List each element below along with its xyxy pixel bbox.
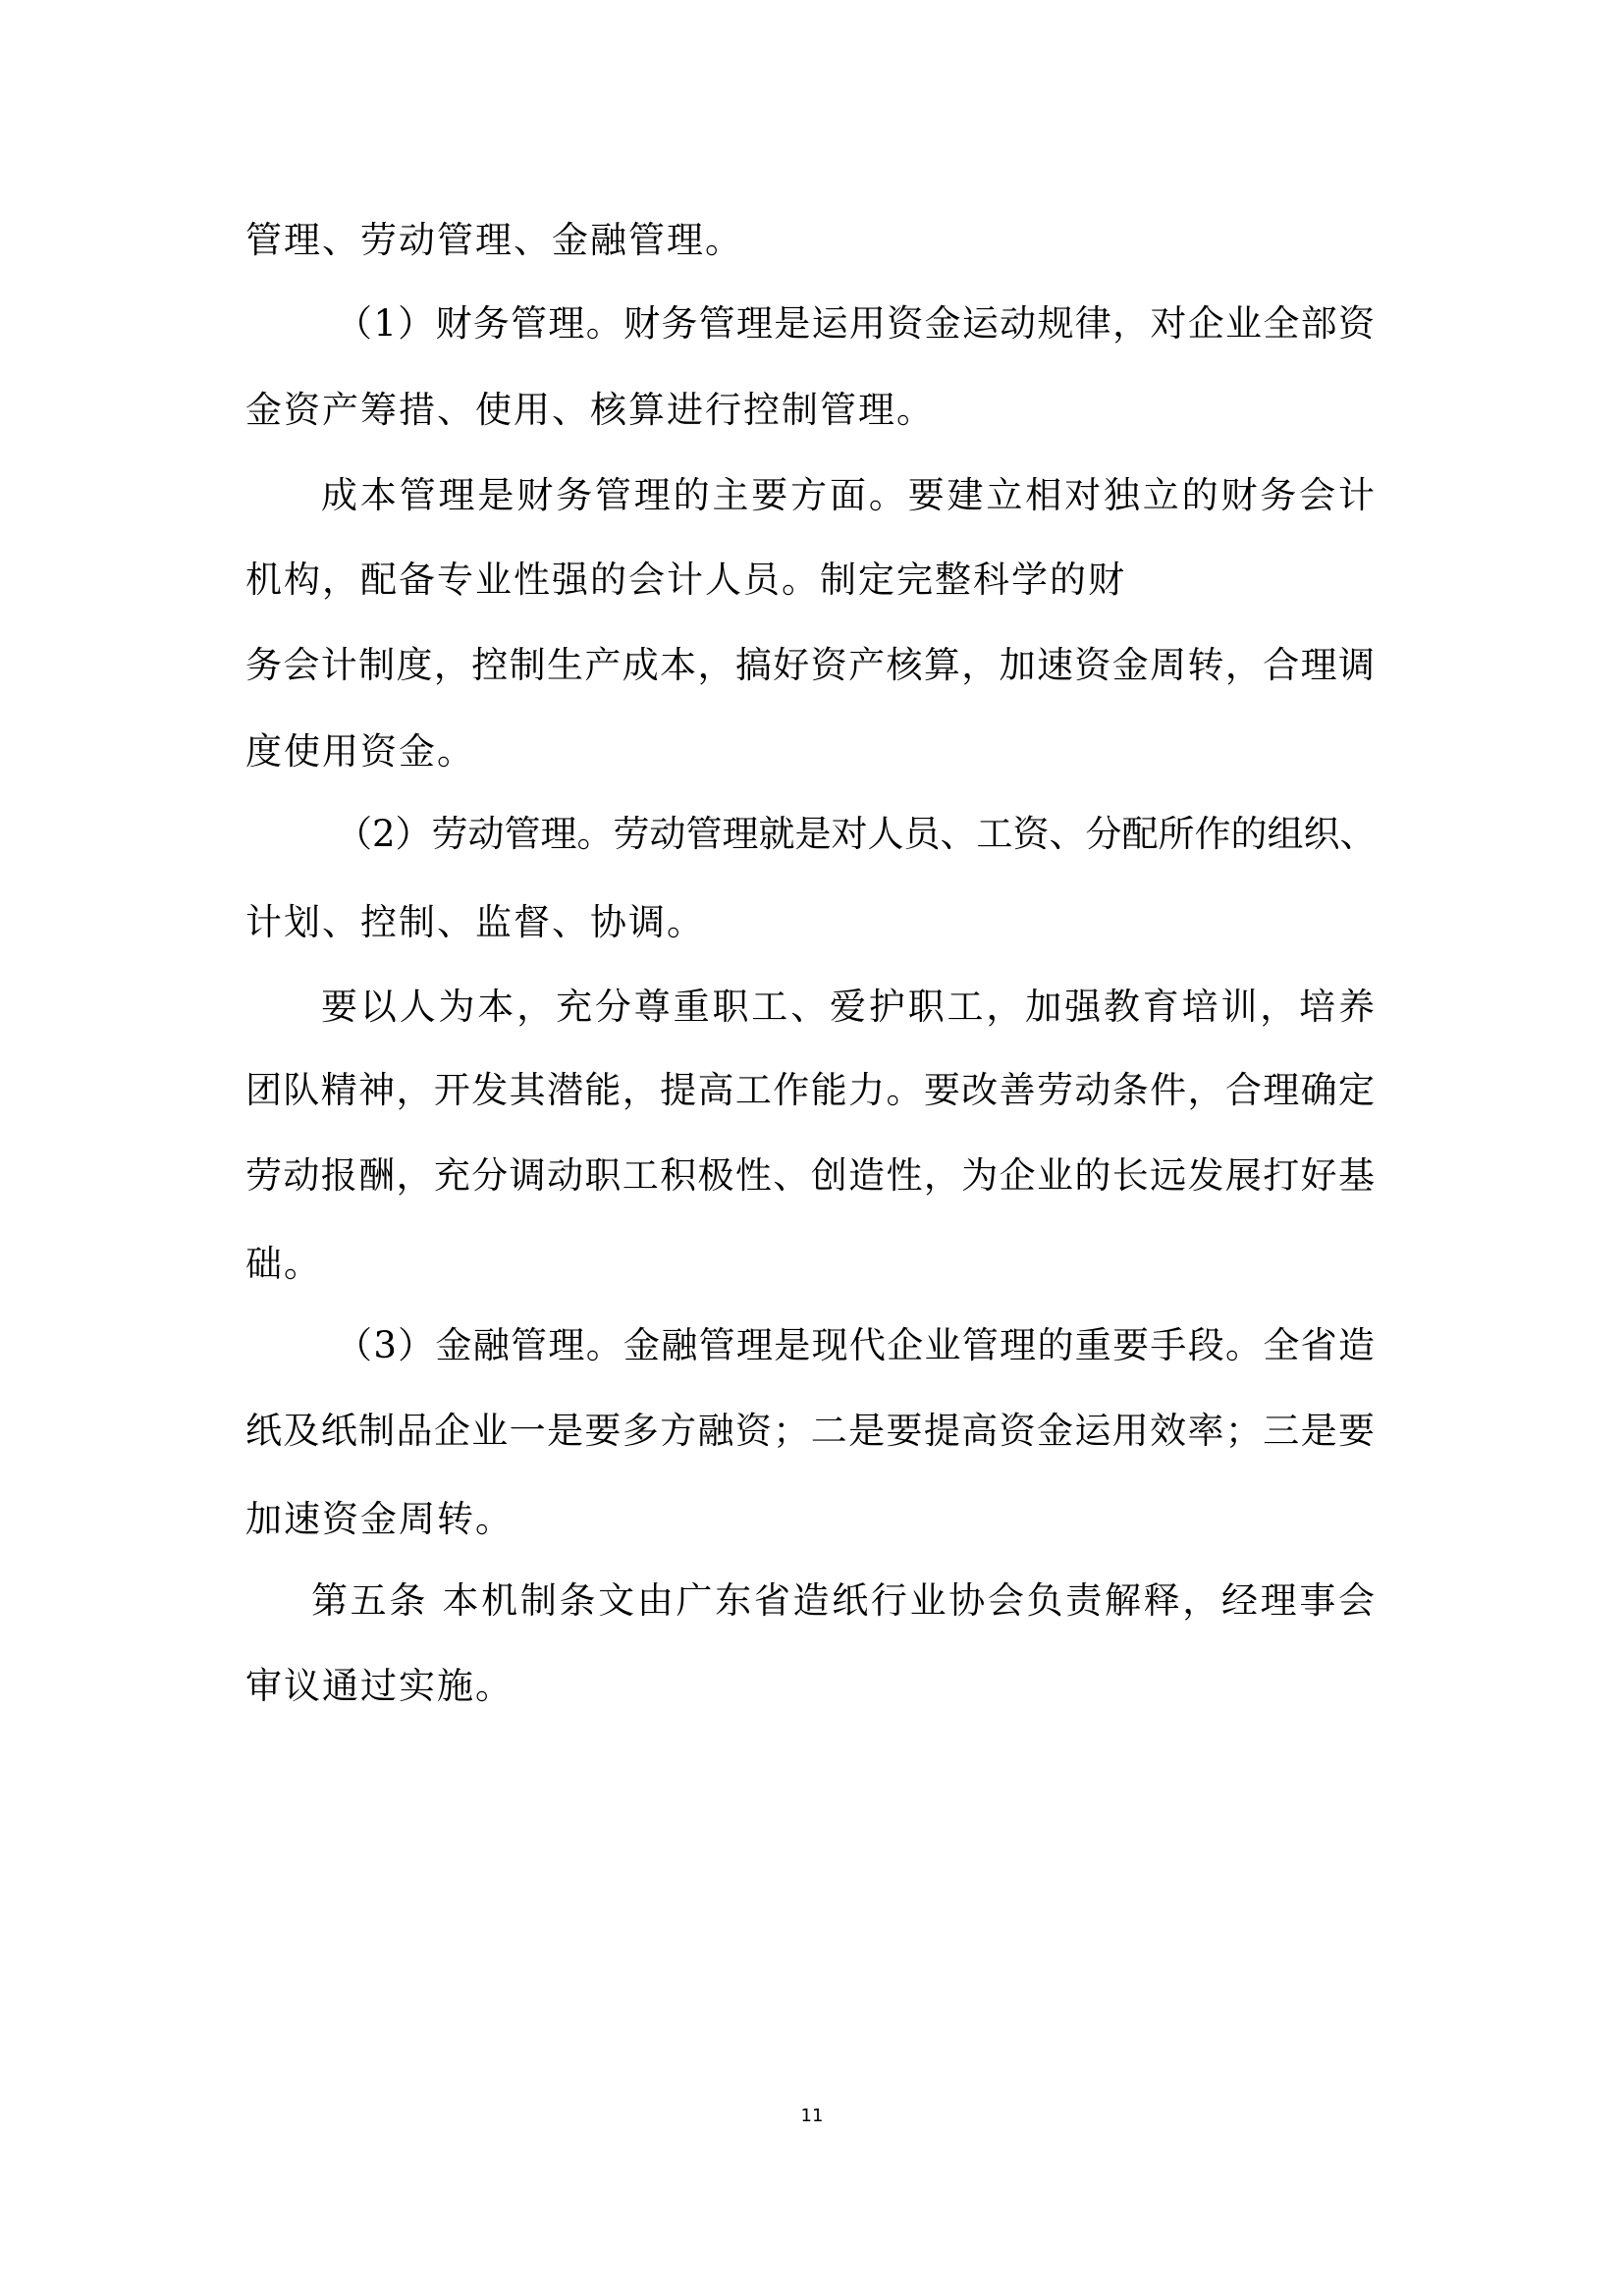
text-line: 团队精神，开发其潜能，提高工作能力。要改善劳动条件，合理确定	[245, 1068, 1375, 1113]
text-line: 劳动报酬，充分调动职工积极性、创造性，为企业的长远发展打好基	[245, 1153, 1375, 1199]
page-number: 11	[0, 2105, 1624, 2128]
text-line: 加速资金周转。	[245, 1497, 1375, 1542]
text-line: 度使用资金。	[245, 729, 1375, 774]
text-line: （3）金融管理。金融管理是现代企业管理的重要手段。全省造	[336, 1323, 1375, 1368]
text-line: 础。	[245, 1242, 1375, 1287]
text-line: 成本管理是财务管理的主要方面。要建立相对独立的财务会计	[321, 473, 1375, 518]
text-line: （2）劳动管理。劳动管理就是对人员、工资、分配所作的组织、	[336, 812, 1375, 857]
text-line: 管理、劳动管理、金融管理。	[245, 218, 1375, 263]
text-line: 要以人为本，充分尊重职工、爱护职工，加强教育培训，培养	[321, 985, 1375, 1030]
text-line: 纸及纸制品企业一是要多方融资；二是要提高资金运用效率；三是要	[245, 1409, 1375, 1454]
text-line: （1）财务管理。财务管理是运用资金运动规律，对企业全部资	[336, 301, 1375, 347]
text-line: 机构，配备专业性强的会计人员。制定完整科学的财	[245, 558, 1375, 603]
text-line: 审议通过实施。	[245, 1664, 1375, 1709]
text-line: 务会计制度，控制生产成本，搞好资产核算，加速资金周转，合理调	[245, 643, 1375, 688]
document-page: 管理、劳动管理、金融管理。 （1）财务管理。财务管理是运用资金运动规律，对企业全…	[0, 0, 1624, 2296]
text-line: 计划、控制、监督、协调。	[245, 900, 1375, 945]
text-line: 第五条 本机制条文由广东省造纸行业协会负责解释，经理事会	[311, 1578, 1375, 1624]
text-line: 金资产筹措、使用、核算进行控制管理。	[245, 388, 1375, 433]
